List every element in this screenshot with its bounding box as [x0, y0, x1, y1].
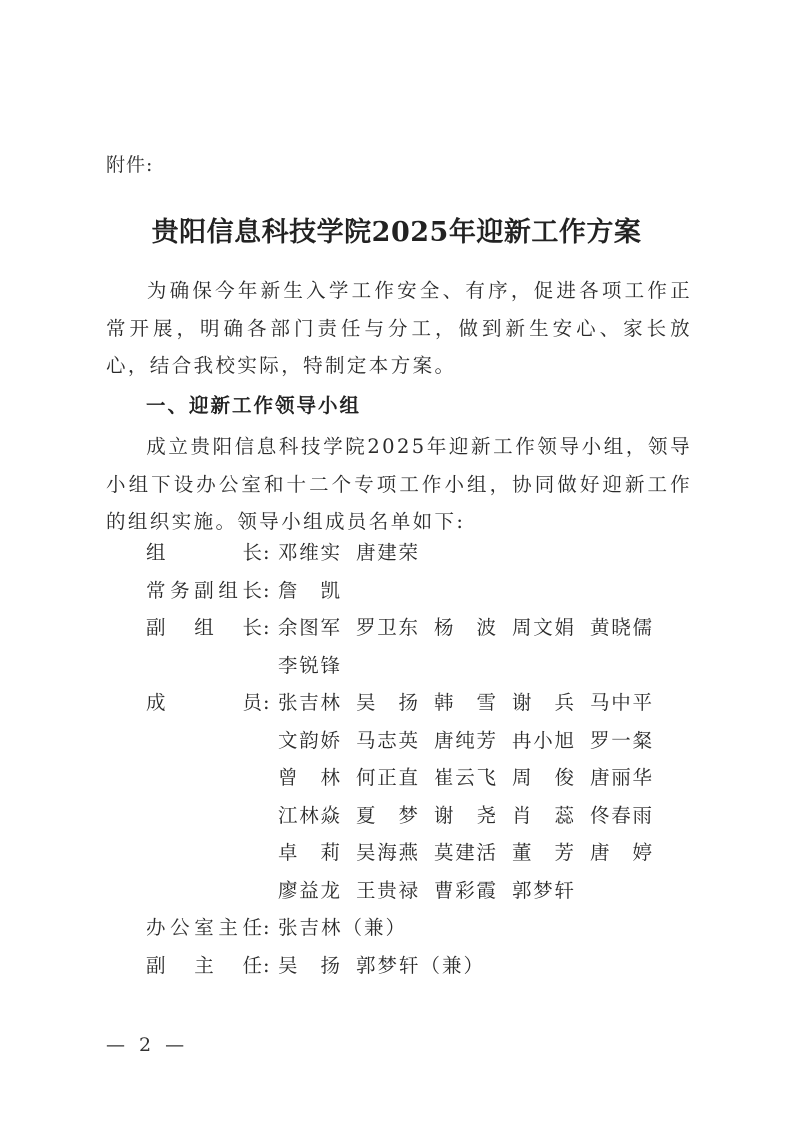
person-name: 黄晓儒 [590, 609, 652, 647]
roster-names: 余图军罗卫东杨波周文娟黄晓儒 [278, 609, 668, 647]
roster-names: 江林焱夏梦谢尧肖蕊佟春雨 [278, 797, 668, 835]
roster-names: 曾林何正直崔云飞周俊唐丽华 [278, 759, 668, 797]
person-name: 詹凯 [278, 572, 340, 610]
roster-names: 廖益龙王贵禄曹彩霞郭梦轩 [278, 872, 590, 910]
intro-text: 为确保今年新生入学工作安全、有序，促进各项工作正常开展，明确各部门责任与分工，做… [106, 279, 692, 377]
person-name: 余图军 [278, 609, 340, 647]
roster-names: 张吉林（兼） [278, 909, 407, 947]
person-name: 李锐锋 [278, 647, 340, 685]
person-name: 郭梦轩 [512, 872, 574, 910]
person-name: 何正直 [356, 759, 418, 797]
roster-row: 成员:张吉林吴扬韩雪谢兵马中平 [146, 684, 706, 722]
attachment-label: 附件: [106, 150, 153, 177]
person-name: 张吉林 [278, 684, 340, 722]
document-page: 附件: 贵阳信息科技学院2025年迎新工作方案 为确保今年新生入学工作安全、有序… [0, 0, 793, 1122]
person-name: 文韵娇 [278, 722, 340, 760]
person-name: 王贵禄 [356, 872, 418, 910]
roster-row: 文韵娇马志英唐纯芳冉小旭罗一粲 [146, 722, 706, 760]
person-name: 董芳 [512, 834, 574, 872]
person-name: 唐丽华 [590, 759, 652, 797]
roster-colon: : [263, 947, 270, 985]
section-paragraph: 成立贵阳信息科技学院2025年迎新工作领导小组，领导小组下设办公室和十二个专项工… [106, 428, 692, 541]
roster-row: 副组长:余图军罗卫东杨波周文娟黄晓儒 [146, 609, 706, 647]
roster-role-label: 办公室主任 [146, 909, 262, 947]
person-name: 夏梦 [356, 797, 418, 835]
roster-role-label: 副组长 [146, 609, 262, 647]
roster-names: 李锐锋 [278, 647, 356, 685]
roster-role-label: 组长 [146, 534, 262, 572]
person-name: 唐建荣 [356, 534, 418, 572]
person-name: 卓莉 [278, 834, 340, 872]
roster-row: 常务副组长:詹凯 [146, 572, 706, 610]
roster-colon: : [263, 572, 270, 610]
roster-row: 廖益龙王贵禄曹彩霞郭梦轩 [146, 872, 706, 910]
roster-row: 李锐锋 [146, 647, 706, 685]
person-name: 谢尧 [434, 797, 496, 835]
person-name: 郭梦轩（兼） [356, 947, 485, 985]
person-name: 唐婷 [590, 834, 652, 872]
person-name: 佟春雨 [590, 797, 652, 835]
roster-names: 张吉林吴扬韩雪谢兵马中平 [278, 684, 668, 722]
page-number: — 2 — [106, 1034, 188, 1056]
roster-names: 吴扬郭梦轩（兼） [278, 947, 485, 985]
person-name: 冉小旭 [512, 722, 574, 760]
roster-colon: : [263, 909, 270, 947]
roster-names: 邓维实唐建荣 [278, 534, 434, 572]
person-name: 崔云飞 [434, 759, 496, 797]
person-name: 罗一粲 [590, 722, 652, 760]
person-name: 张吉林（兼） [278, 909, 407, 947]
person-name: 杨波 [434, 609, 496, 647]
roster-row: 江林焱夏梦谢尧肖蕊佟春雨 [146, 797, 706, 835]
person-name: 肖蕊 [512, 797, 574, 835]
roster-names: 詹凯 [278, 572, 356, 610]
section-text: 成立贵阳信息科技学院2025年迎新工作领导小组，领导小组下设办公室和十二个专项工… [106, 435, 692, 533]
person-name: 谢兵 [512, 684, 574, 722]
roster-colon: : [263, 684, 270, 722]
person-name: 唐纯芳 [434, 722, 496, 760]
section-heading: 一、迎新工作领导小组 [146, 390, 361, 418]
person-name: 吴扬 [278, 947, 340, 985]
intro-paragraph: 为确保今年新生入学工作安全、有序，促进各项工作正常开展，明确各部门责任与分工，做… [106, 272, 692, 385]
leadership-roster: 组长:邓维实唐建荣常务副组长:詹凯副组长:余图军罗卫东杨波周文娟黄晓儒李锐锋成员… [146, 534, 706, 984]
person-name: 曾林 [278, 759, 340, 797]
roster-role-label: 成员 [146, 684, 262, 722]
person-name: 马中平 [590, 684, 652, 722]
roster-row: 办公室主任:张吉林（兼） [146, 909, 706, 947]
roster-row: 卓莉吴海燕莫建活董芳唐婷 [146, 834, 706, 872]
roster-colon: : [263, 534, 270, 572]
person-name: 周文娟 [512, 609, 574, 647]
roster-names: 卓莉吴海燕莫建活董芳唐婷 [278, 834, 668, 872]
person-name: 莫建活 [434, 834, 496, 872]
roster-row: 曾林何正直崔云飞周俊唐丽华 [146, 759, 706, 797]
roster-names: 文韵娇马志英唐纯芳冉小旭罗一粲 [278, 722, 668, 760]
person-name: 廖益龙 [278, 872, 340, 910]
document-title: 贵阳信息科技学院2025年迎新工作方案 [0, 210, 793, 249]
roster-role-label: 常务副组长 [146, 572, 262, 610]
person-name: 周俊 [512, 759, 574, 797]
person-name: 罗卫东 [356, 609, 418, 647]
person-name: 韩雪 [434, 684, 496, 722]
person-name: 吴扬 [356, 684, 418, 722]
person-name: 江林焱 [278, 797, 340, 835]
roster-colon: : [263, 609, 270, 647]
person-name: 马志英 [356, 722, 418, 760]
person-name: 吴海燕 [356, 834, 418, 872]
person-name: 曹彩霞 [434, 872, 496, 910]
roster-role-label: 副主任 [146, 947, 262, 985]
roster-row: 组长:邓维实唐建荣 [146, 534, 706, 572]
roster-row: 副主任:吴扬郭梦轩（兼） [146, 947, 706, 985]
person-name: 邓维实 [278, 534, 340, 572]
